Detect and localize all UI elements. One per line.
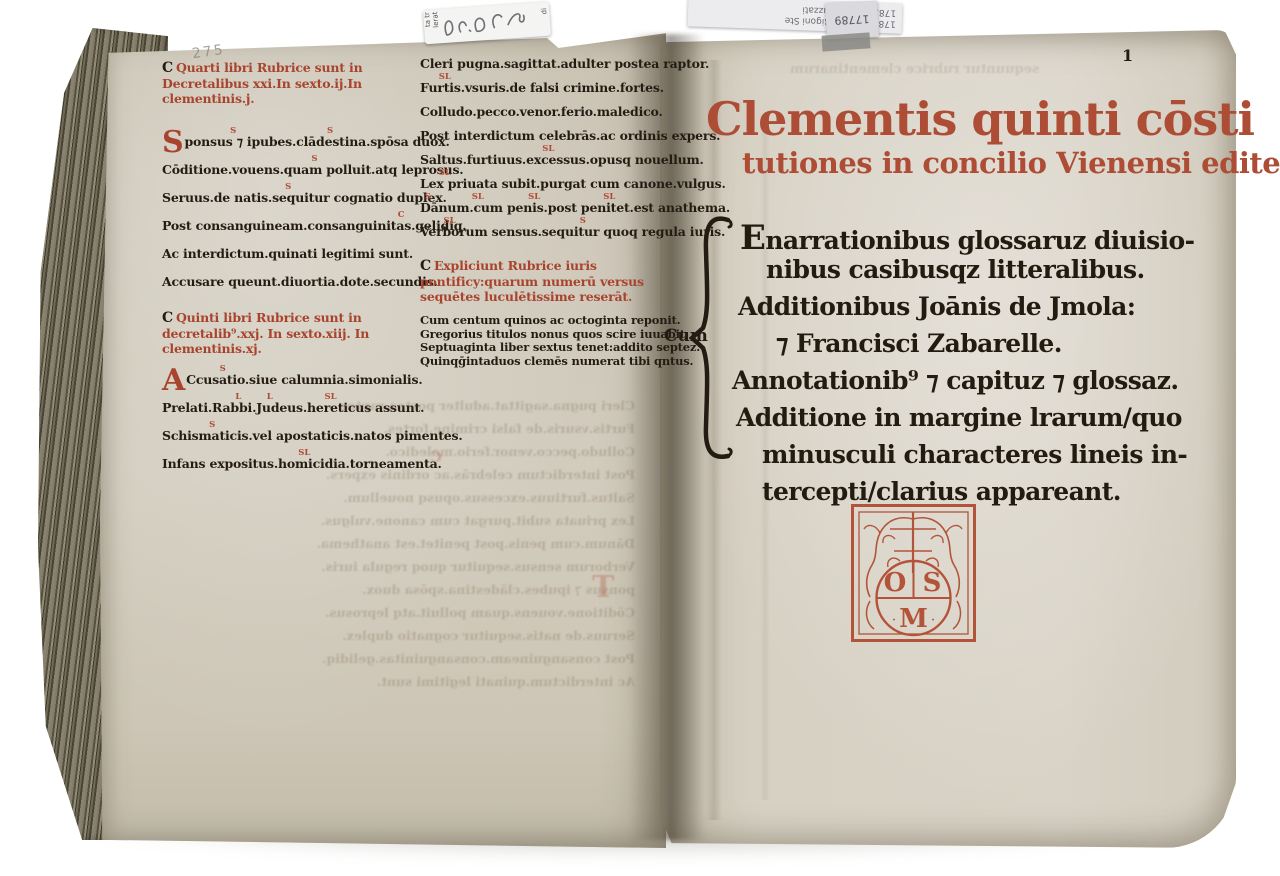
- bleed-through-line: Seruus.de natis.sequitur cognatio duplex…: [215, 628, 635, 643]
- printer-device-osm: O S M · ·: [850, 503, 977, 643]
- explicit-heading: CExpliciunt Rubrice iuris pontificy:quar…: [420, 258, 655, 304]
- interlinear-siglum: S: [285, 182, 291, 192]
- device-letter-o: O: [884, 568, 907, 598]
- bleed-through-line: Cleri pugna.sagittat.adulter postea rapt…: [175, 398, 635, 413]
- rubricated-initial: A: [162, 363, 185, 398]
- rubric-entry-text: Verborum sensus.sequitur quoq regula iur…: [420, 224, 725, 239]
- rubric-entry: SSeruus.de natis.sequitur cognatio duple…: [162, 190, 424, 218]
- bleed-through-line: Ac interdictum.quinati legitimi sunt.: [175, 674, 635, 689]
- svg-text:·: ·: [892, 615, 895, 626]
- bleed-through-line: ponsus ⁊ ipubes.clādestina.spōsa duox.: [189, 582, 635, 597]
- title-line-2: tutiones in concilio Vienensi edite.: [742, 146, 1280, 180]
- printed-brace: [686, 212, 738, 464]
- rubric-entry-text: Cōditione.vouens.quam polluit.atq lepros…: [162, 162, 463, 177]
- page-crease: [760, 120, 770, 800]
- rubric-entry: Ac interdictum.quinati legitimi sunt.: [162, 246, 424, 274]
- rubric-entry-text: Ccusatio.siue calumnia.simonialis.: [186, 372, 422, 387]
- rubric-entry: CPost consanguineam.consanguinitas.gelid…: [162, 218, 424, 246]
- rubric-entry: Cleri pugna.sagittat.adulter postea rapt…: [420, 56, 655, 80]
- rubric-entry-text: Colludo.pecco.venor.ferio.maledico.: [420, 104, 663, 119]
- bleed-through-line: Colludo.pecco.venor.ferio.maledico.: [189, 444, 635, 459]
- bleed-through-line: Lex priuata subit.purgat cum canone.vulg…: [189, 513, 635, 528]
- bleed-through-line: Post consanguineam.consanguinitas.gelidi…: [189, 651, 635, 666]
- rubric-entry-text: Lex priuata subit.purgat cum canone.vulg…: [420, 176, 726, 191]
- bleed-through-line: Verborum sensus.sequitur quoq regula iur…: [215, 559, 635, 574]
- rubric-heading-book4: CQuarti libri Rubrice sunt in Decretalib…: [162, 60, 424, 106]
- rubric-entry-text: Post interdictum celebrās.ac ordinis exp…: [420, 128, 720, 143]
- handwritten-shelfmark-scribble: [423, 2, 551, 45]
- mnemonic-verse-line: Quinqḡintaduos clemēs numerat tibi qntus…: [420, 355, 655, 369]
- device-letter-m: M: [899, 604, 928, 634]
- rubric-entry-list: SSSponsus ⁊ ipubes.clādestina.spōsa duox…: [162, 134, 424, 302]
- rubric-entry-text: ponsus ⁊ ipubes.clādestina.spōsa duox.: [184, 134, 449, 149]
- pilcrow-mark: C: [162, 60, 173, 76]
- interlinear-siglum: SL: [542, 144, 554, 154]
- slip-print-fragment: di: [541, 8, 548, 15]
- left-page-column-2: Cleri pugna.sagittat.adulter postea rapt…: [420, 56, 655, 368]
- rubric-entry-text: Dānum.cum penis.post penitet.est anathem…: [420, 200, 730, 215]
- mnemonic-verse-line: Gregorius titulos nonus quos scire iuuab…: [420, 328, 655, 342]
- svg-text:·: ·: [931, 615, 934, 626]
- dark-tab-fragment: [822, 32, 871, 51]
- rubric-entry: Colludo.pecco.venor.ferio.maledico.: [420, 104, 655, 128]
- interlinear-siglum: SL: [528, 192, 540, 202]
- bleed-through-line: Saltus.furtiuus.excessus.opusq nouellum.: [215, 490, 635, 505]
- interlinear-siglum: S: [425, 192, 431, 202]
- inserted-paper-slip: ta tr lerat di: [423, 2, 551, 45]
- verse-block: Cum centum quinos ac octoginta reponit.G…: [420, 314, 655, 368]
- interlinear-siglum: SL: [444, 216, 456, 226]
- rubric-entry: SSSponsus ⁊ ipubes.clādestina.spōsa duox…: [162, 134, 424, 162]
- rubric-entry: SLSVerborum sensus.sequitur quoq regula …: [420, 224, 655, 248]
- rubric-entry: SLSaltus.furtiuus.excessus.opusq nouellu…: [420, 152, 655, 176]
- slip-print-fragment: lerat: [432, 11, 440, 28]
- rubric-entry-text: Ac interdictum.quinati legitimi sunt.: [162, 246, 413, 261]
- interlinear-siglum: SL: [472, 192, 484, 202]
- folio-number: 1: [1122, 46, 1133, 65]
- rubric-heading-book5: CQuinti libri Rubrice sunt in decretalib…: [162, 310, 424, 356]
- title-line-1: Clementis quinti cōsti: [706, 92, 1254, 146]
- rubric-entry: SLFurtis.vsuris.de falsi crimine.fortes.: [420, 80, 655, 104]
- rubric-entry-text: Cleri pugna.sagittat.adulter postea rapt…: [420, 56, 709, 71]
- rubric-entry: SCōditione.vouens.quam polluit.atq lepro…: [162, 162, 424, 190]
- interlinear-siglum: S: [220, 364, 226, 374]
- interlinear-siglum: SL: [439, 168, 451, 178]
- interlinear-siglum: C: [398, 210, 405, 220]
- bleed-through-text: sequuntur rubrice clementinarum: [790, 62, 1039, 77]
- interlinear-siglum: SL: [439, 72, 451, 82]
- rubric-entry-text: Furtis.vsuris.de falsi crimine.fortes.: [420, 80, 664, 95]
- rubric-entry: Accusare queunt.diuortia.dote.secundis.: [162, 274, 424, 302]
- rubric-entry-list: Cleri pugna.sagittat.adulter postea rapt…: [420, 56, 655, 248]
- bleed-through-line: Cōditione.vouens.quam polluit.atq lepros…: [175, 605, 635, 620]
- interlinear-siglum: S: [311, 154, 317, 164]
- bleed-through-line: Post interdictum celebrās.ac ordinis exp…: [175, 467, 635, 482]
- interlinear-siglum: S: [327, 126, 333, 136]
- interlinear-siglum: SL: [603, 192, 615, 202]
- rubric-entry: SACcusatio.siue calumnia.simonialis.: [162, 372, 424, 400]
- rubric-entry-text: Seruus.de natis.sequitur cognatio duplex…: [162, 190, 447, 205]
- bleed-through-text: Cleri pugna.sagittat.adulter postea rapt…: [175, 398, 635, 697]
- interlinear-siglum: S: [580, 216, 586, 226]
- bleed-through-rubric-mark: C: [430, 448, 442, 466]
- pilcrow-mark: C: [162, 310, 173, 326]
- rubric-entry-text: Accusare queunt.diuortia.dote.secundis.: [162, 274, 438, 289]
- bleed-through-line: Dānum.cum penis.post penitet.est anathem…: [175, 536, 635, 551]
- interlinear-siglum: S: [230, 126, 236, 136]
- bleed-through-line: Furtis.vsuris.de falsi crimine.fortes.: [215, 421, 635, 436]
- rubricated-initial: S: [162, 125, 183, 160]
- rubric-entry: Post interdictum celebrās.ac ordinis exp…: [420, 128, 655, 152]
- device-letter-s: S: [923, 568, 942, 598]
- mnemonic-verse-line: Cum centum quinos ac octoginta reponit.: [420, 314, 655, 328]
- mnemonic-verse-line: Septuaginta liber sextus tenet:addito se…: [420, 341, 655, 355]
- bleed-through-rubric-mark: T: [592, 570, 614, 605]
- rubric-entry-text: Saltus.furtiuus.excessus.opusq nouellum.: [420, 152, 704, 167]
- pilcrow-mark: C: [420, 258, 431, 274]
